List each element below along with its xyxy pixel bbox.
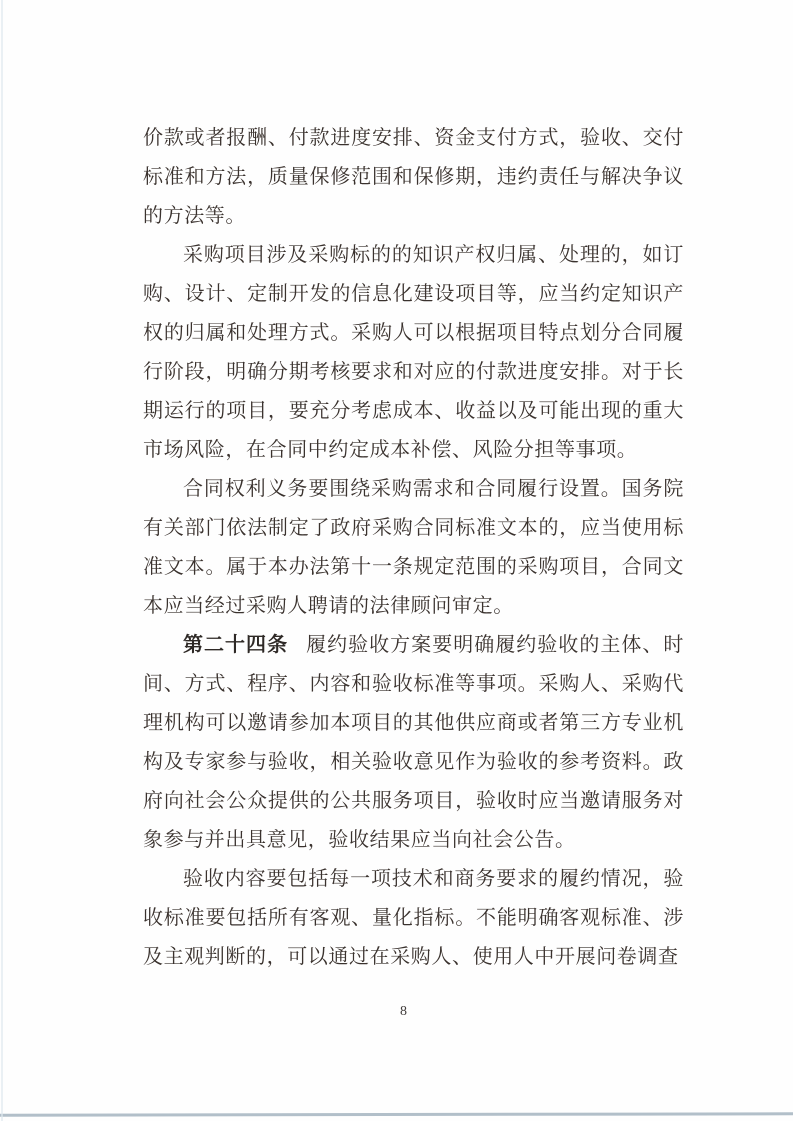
- scan-edge-bottom: [0, 1112, 793, 1116]
- document-body: 价款或者报酬、付款进度安排、资金支付方式，验收、交付标准和方法，质量保修范围和保…: [143, 119, 684, 977]
- paragraph: 合同权利义务要围绕采购需求和合同履行设置。国务院有关部门依法制定了政府采购合同标…: [143, 470, 684, 626]
- scan-edge-left: [1, 0, 3, 1121]
- paragraph: 第二十四条履约验收方案要明确履约验收的主体、时间、方式、程序、内容和验收标准等事…: [143, 626, 684, 860]
- paragraph: 价款或者报酬、付款进度安排、资金支付方式，验收、交付标准和方法，质量保修范围和保…: [143, 119, 684, 236]
- paragraph: 采购项目涉及采购标的的知识产权归属、处理的，如订购、设计、定制开发的信息化建设项…: [143, 236, 684, 470]
- article-number: 第二十四条: [183, 634, 288, 656]
- document-page: 价款或者报酬、付款进度安排、资金支付方式，验收、交付标准和方法，质量保修范围和保…: [0, 0, 793, 1121]
- page-number: 8: [400, 1004, 407, 1020]
- paragraph: 验收内容要包括每一项技术和商务要求的履约情况，验收标准要包括所有客观、量化指标。…: [143, 860, 684, 977]
